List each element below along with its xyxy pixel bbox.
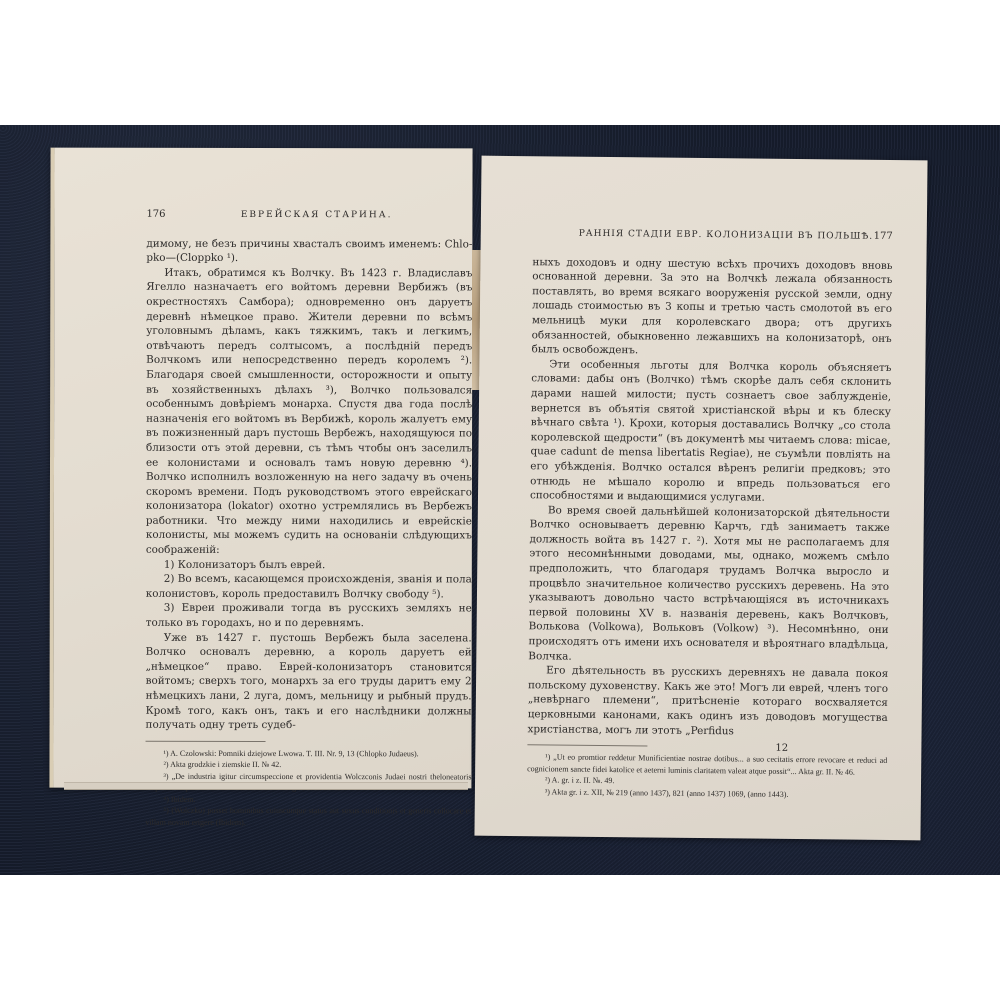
right-page-number: 177 bbox=[874, 230, 893, 245]
right-running-title: РАННIЯ СТАДIИ ЕВР. КОЛОНИЗАЦIИ ВЪ ПОЛЬШѢ… bbox=[579, 227, 874, 245]
footnote-rule bbox=[146, 741, 266, 742]
footnote: ¹) A. Czolowski: Pomniki dziejowe Lwowa.… bbox=[145, 748, 471, 760]
paragraph: Уже въ 1427 г. пустошь Вербежъ была засе… bbox=[146, 630, 472, 733]
right-running-head: РАННIЯ СТАДIИ ЕВР. КОЛОНИЗАЦIИ ВЪ ПОЛЬШѢ… bbox=[533, 226, 893, 244]
paragraph: ныхъ доходовъ и одну шестую всѣхъ прочих… bbox=[531, 255, 892, 361]
page-stack-edge bbox=[64, 782, 468, 790]
paragraph: Эти особенныя льготы для Волчка король о… bbox=[530, 357, 892, 507]
paragraph: Его дѣятельность въ русскихъ деревняхъ н… bbox=[527, 663, 888, 740]
list-item: 1) Колонизаторъ былъ еврей. bbox=[146, 557, 472, 572]
signature-mark: 12 bbox=[775, 743, 788, 754]
left-page: 176 ЕВРЕЙСКАЯ СТАРИНА. димому, не безъ п… bbox=[49, 148, 472, 789]
footnote: ²) Akta grodzkie i ziemskie II. № 42. bbox=[145, 759, 471, 771]
right-page-text: РАННIЯ СТАДIИ ЕВР. КОЛОНИЗАЦIИ ВЪ ПОЛЬШѢ… bbox=[527, 226, 893, 801]
left-page-number: 176 bbox=[146, 208, 165, 223]
paragraph: Итакъ, обратимся къ Волчку. Въ 1423 г. В… bbox=[146, 266, 473, 558]
paragraph: димому, не безъ причины хвасталъ своимъ … bbox=[146, 236, 472, 266]
paragraph: Во время своей дальнѣйшей колонизаторско… bbox=[528, 503, 890, 667]
list-item: 2) Во всемъ, касающемся происхожденiя, з… bbox=[146, 572, 472, 602]
right-page: РАННIЯ СТАДIИ ЕВР. КОЛОНИЗАЦIИ ВЪ ПОЛЬШѢ… bbox=[474, 156, 927, 841]
list-item: 3) Евреи проживали тогда въ русскихъ зем… bbox=[146, 601, 472, 631]
left-page-text: 176 ЕВРЕЙСКАЯ СТАРИНА. димому, не безъ п… bbox=[145, 208, 472, 829]
footnote: ⁴) Ibidem. bbox=[145, 794, 471, 806]
footnote-rule bbox=[527, 744, 647, 746]
footnote: ³) Akta gr. i z. XII, № 219 (anno 1437),… bbox=[527, 786, 887, 801]
left-running-title: ЕВРЕЙСКАЯ СТАРИНА. bbox=[241, 208, 393, 223]
left-running-head: 176 ЕВРЕЙСКАЯ СТАРИНА. bbox=[146, 208, 472, 223]
footnote: ⁵) (Wolczko) posset hominibus cuiuscunqu… bbox=[145, 805, 471, 829]
